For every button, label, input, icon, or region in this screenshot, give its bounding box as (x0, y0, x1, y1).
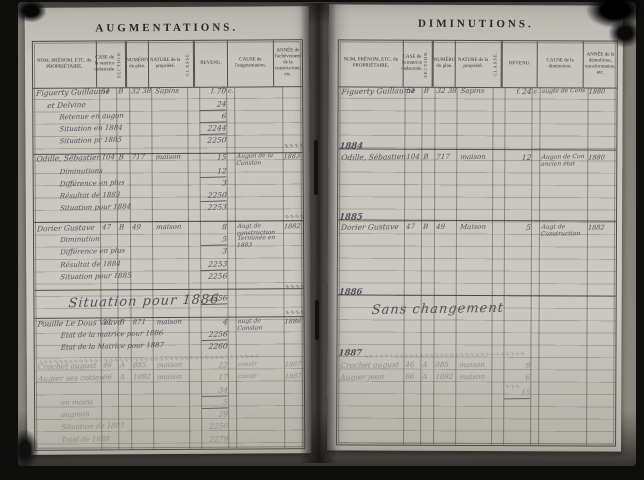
column-rule (187, 87, 190, 449)
column-rule (420, 87, 423, 445)
column-header-classe: CLASSE. (182, 41, 194, 87)
column-header-numero: NUMÉRO du plan. (125, 41, 147, 87)
handwritten-label: Total de 1888 (61, 436, 110, 444)
handwritten-section: B (423, 88, 429, 95)
handwritten-revenu: 5 (201, 235, 228, 245)
ledger-page-augmentations: AUGMENTATIONS. NOM, PRÉNOM, ETC. du PROP… (25, 6, 312, 455)
pen-flourish: ∿∿∿∿∿∿∿∿∿ (236, 86, 282, 89)
handwritten-name: Odille, Sébastien (341, 153, 406, 162)
handwritten-revenu: 12 (200, 167, 227, 177)
handwritten-label: Situation en 1884 (59, 125, 123, 134)
handwritten-nature: maison (459, 374, 485, 381)
handwritten-revenu: 2250 (200, 191, 227, 201)
handwritten-annee: 1882 (588, 224, 605, 231)
handwritten-plan: 32 38 (436, 88, 457, 95)
handwritten-cause: constr (238, 373, 285, 381)
handwritten-cause: Augon de Con ancien état (541, 154, 588, 169)
handwritten-section: B (118, 88, 124, 95)
handwritten-section: B (119, 224, 125, 231)
handwritten-name: Crochet august (340, 361, 399, 369)
handwritten-label: Différence en plus (59, 180, 124, 189)
handwritten-revenu: 3 (200, 179, 227, 187)
handwritten-big: Situation pour 1886 (68, 293, 220, 310)
handwritten-cause: constr (238, 361, 285, 369)
revenu-unit-label: c. (228, 88, 233, 95)
handwritten-name: Dorier Gustave (37, 224, 95, 233)
handwritten-name: Dorier Gustave (341, 223, 399, 231)
handwritten-year: 1886 (338, 288, 362, 297)
handwritten-name: Odille, Sébastien (36, 154, 101, 163)
handwritten-label: en moins (61, 399, 94, 407)
scanned-register-view: AUGMENTATIONS. NOM, PRÉNOM, ETC. du PROP… (0, 0, 644, 480)
handwritten-plan: 1092 (133, 374, 151, 381)
handwritten-big: Sans changement (371, 302, 504, 317)
column-header-proprietaire: NOM, PRÉNOM, ETC. du PROPRIÉTAIRE. (339, 40, 403, 86)
handwritten-revenu: 15 (504, 389, 531, 399)
handwritten-revenu: 2250 (200, 136, 227, 144)
handwritten-plan: 717 (131, 154, 145, 161)
binding-stitch (315, 300, 319, 340)
handwritten-label: Diminutions (59, 168, 103, 176)
handwritten-name: Figuerty Guillaume (341, 87, 415, 96)
handwritten-cause: Terminée en 1883 (237, 235, 284, 250)
handwritten-section: B (423, 154, 429, 161)
table-body-augmentations: f.c.4Figuerty Guillaume51B32 38Sapins70e… (33, 86, 304, 450)
handwritten-revenu: 2244 (200, 124, 227, 134)
column-header-case: CASE de la matrice cadastrale. (403, 41, 420, 87)
handwritten-cause: Augt de Construction (540, 224, 587, 239)
table-header-row: NOM, PRÉNOM, ETC. du PROPRIÉTAIRE. CASE … (339, 40, 617, 88)
column-rule (151, 87, 154, 449)
handwritten-case: 66 (405, 374, 415, 381)
handwritten-revenu: 4 (201, 318, 228, 326)
column-header-revenu: REVENU. (502, 41, 536, 87)
column-header-case: CASE de la matrice cadastrale. (95, 41, 112, 87)
column-rule (433, 87, 436, 445)
handwritten-plan: 1092 (435, 374, 453, 381)
handwritten-case: 51 (101, 88, 110, 95)
handwritten-revenu: 6 (200, 112, 227, 122)
column-rule (586, 87, 589, 445)
column-header-numero: NUMÉRO du plan. (433, 41, 455, 87)
handwritten-cause: augt de Conston (237, 318, 284, 333)
handwritten-case: 66 (103, 374, 112, 381)
diminutions-table: NOM, PRÉNOM, ETC. du PROPRIÉTAIRE. CASE … (336, 39, 618, 446)
table-body-diminutions: f.c.1883Figuerty Guillaume51B32 38Sapins… (337, 86, 617, 445)
handwritten-revenu: 12 (505, 154, 532, 162)
handwritten-revenu: 9 (504, 362, 531, 370)
page-title-diminutions: DIMINUTIONS. (329, 17, 623, 30)
handwritten-plan: 717 (436, 154, 450, 161)
handwritten-plan: 49 (436, 224, 446, 231)
column-header-nature: NATURE de la propriété. (147, 41, 182, 87)
handwritten-nature: maison (459, 362, 485, 369)
handwritten-revenu: 2279 (202, 435, 229, 443)
book-binding-crease (300, 3, 336, 463)
handwritten-revenu: 24 (505, 88, 532, 96)
handwritten-case: 32 (102, 319, 111, 326)
handwritten-revenu: 8 (201, 223, 228, 231)
column-header-nature: NATURE de la propriété. (455, 41, 490, 87)
handwritten-label: Retenue en augon (59, 113, 124, 122)
handwritten-nature: maison (156, 224, 182, 232)
handwritten-label: Situation pour 1884 (60, 203, 132, 212)
handwritten-revenu: 3 (201, 247, 228, 255)
handwritten-nature: Sapins (460, 88, 484, 95)
handwritten-section: B (423, 224, 429, 231)
handwritten-revenu: 15 (200, 153, 227, 161)
handwritten-revenu: 2256 (201, 330, 228, 340)
handwritten-year: 1885 (339, 213, 363, 222)
column-rule (282, 86, 285, 448)
column-rule (403, 87, 406, 445)
handwritten-revenu: 2253 (201, 260, 228, 270)
handwritten-annee: 1880 (588, 88, 605, 95)
column-rule (491, 87, 494, 445)
handwritten-nature: maison (155, 154, 181, 162)
handwritten-case: 47 (406, 224, 416, 231)
column-rule (455, 87, 458, 445)
handwritten-name2: et Delvine (47, 101, 86, 110)
handwritten-nature: maison (156, 319, 182, 327)
handwritten-revenu: 5 (202, 398, 229, 408)
pen-flourish: ∿∿∿ (504, 384, 520, 390)
handwritten-label: Résultat de 1883 (60, 192, 121, 201)
handwritten-section: A (422, 362, 428, 369)
handwritten-section: A (422, 374, 428, 381)
handwritten-cause: Augon de la Conston (236, 153, 283, 168)
column-header-proprietaire: NOM, PRÉNOM, ETC. du PROPRIÉTAIRE. (33, 41, 96, 87)
handwritten-revenu: 34 (202, 386, 229, 396)
handwritten-label: Diminution (60, 236, 100, 244)
handwritten-case: 46 (405, 362, 415, 369)
handwritten-revenu: 5 (505, 224, 532, 232)
column-header-classe: CLASSE. (490, 41, 502, 87)
handwritten-nature: Sapins (155, 88, 179, 96)
handwritten-name: Figuerty Guillaume (36, 88, 110, 98)
handwritten-annee: 1883 (283, 153, 300, 160)
handwritten-section: B (119, 319, 125, 326)
handwritten-year: 1887 (338, 349, 362, 358)
column-header-section: SECTION. (112, 41, 125, 87)
handwritten-case: 47 (102, 224, 111, 231)
binding-stitch (314, 140, 318, 195)
handwritten-revenu: 2260 (201, 342, 228, 350)
column-header-annee: ANNÉE de l'achèvement de la construction… (273, 40, 302, 86)
handwritten-revenu: 2253 (201, 203, 228, 211)
handwritten-label: augmon (61, 411, 90, 419)
handwritten-label: Etat de la Matrice pour 1887 (60, 342, 164, 352)
handwritten-plan: 49 (132, 224, 141, 231)
ledger-page-diminutions: DIMINUTIONS. NOM, PRÉNOM, ETC. du PROPRI… (327, 4, 623, 451)
handwritten-section: B (118, 154, 124, 161)
handwritten-label: Etat de la matrice pour 1886 (60, 330, 163, 340)
handwritten-cause: augte de Cons (541, 88, 588, 96)
column-rule (538, 87, 541, 445)
pen-flourish: ∿∿∿∿∿∿∿∿∿∿∿∿∿∿∿∿∿∿∿∿∿∿∿∿∿∿∿∿∿∿∿∿ (363, 352, 524, 361)
handwritten-name: Augier jean (340, 373, 385, 381)
page-title-augmentations: AUGMENTATIONS. (25, 21, 309, 35)
handwritten-revenu: 6 (504, 374, 531, 382)
handwritten-revenu: 70 (200, 87, 227, 95)
handwritten-year: 1884 (339, 142, 363, 151)
block-divider-line (338, 148, 616, 150)
column-header-annee: ANNÉE de la démolition, transformation, … (583, 41, 617, 87)
handwritten-nature: maison (157, 374, 183, 382)
handwritten-annee: 1880 (588, 154, 605, 161)
column-rule (129, 87, 132, 449)
handwritten-label: Situation pour 1885 (60, 272, 132, 281)
column-rule (234, 87, 237, 449)
handwritten-label: Situation de 1887 (61, 423, 125, 432)
handwritten-case: 51 (406, 88, 416, 95)
handwritten-nature: Maison (460, 224, 487, 231)
column-header-revenu: REVENU. (194, 41, 228, 87)
handwritten-section: A (120, 374, 126, 381)
block-divider-line (34, 288, 303, 291)
handwritten-revenu: 2250 (202, 422, 229, 430)
handwritten-revenu: 29 (202, 410, 229, 418)
handwritten-name: Augier ses cottes (38, 374, 104, 383)
revenu-unit-label: c. (534, 88, 539, 95)
handwritten-nature: maison (460, 154, 486, 161)
handwritten-label: Situation pr 1885 (59, 137, 122, 146)
handwritten-case: 104 (406, 154, 420, 161)
handwritten-label: Différence en plus (60, 248, 125, 257)
handwritten-label: Résultat de 1884 (60, 261, 121, 270)
handwritten-annee: 1886 (284, 318, 301, 325)
handwritten-plan: 32 38 (131, 88, 152, 96)
block-divider-line (338, 294, 616, 296)
handwritten-plan: 885 (435, 362, 449, 369)
handwritten-plan: 871 (132, 319, 146, 326)
handwritten-revenu: 22 (202, 361, 229, 369)
column-header-cause: CAUSE de la diminution. (536, 41, 583, 87)
table-header-row: NOM, PRÉNOM, ETC. du PROPRIÉTAIRE. CASE … (33, 40, 302, 89)
handwritten-revenu: 2256 (201, 294, 228, 304)
handwritten-revenu: 24 (200, 100, 227, 110)
column-header-section: SECTION. (420, 41, 433, 87)
handwritten-annee: 1882 (284, 223, 301, 230)
handwritten-case: 104 (101, 154, 115, 161)
handwritten-revenu: 17 (202, 373, 229, 381)
augmentations-table: NOM, PRÉNOM, ETC. du PROPRIÉTAIRE. CASE … (32, 39, 305, 451)
column-header-cause: CAUSE de l'augmentation. (227, 40, 273, 86)
handwritten-revenu: 2256 (201, 272, 228, 280)
